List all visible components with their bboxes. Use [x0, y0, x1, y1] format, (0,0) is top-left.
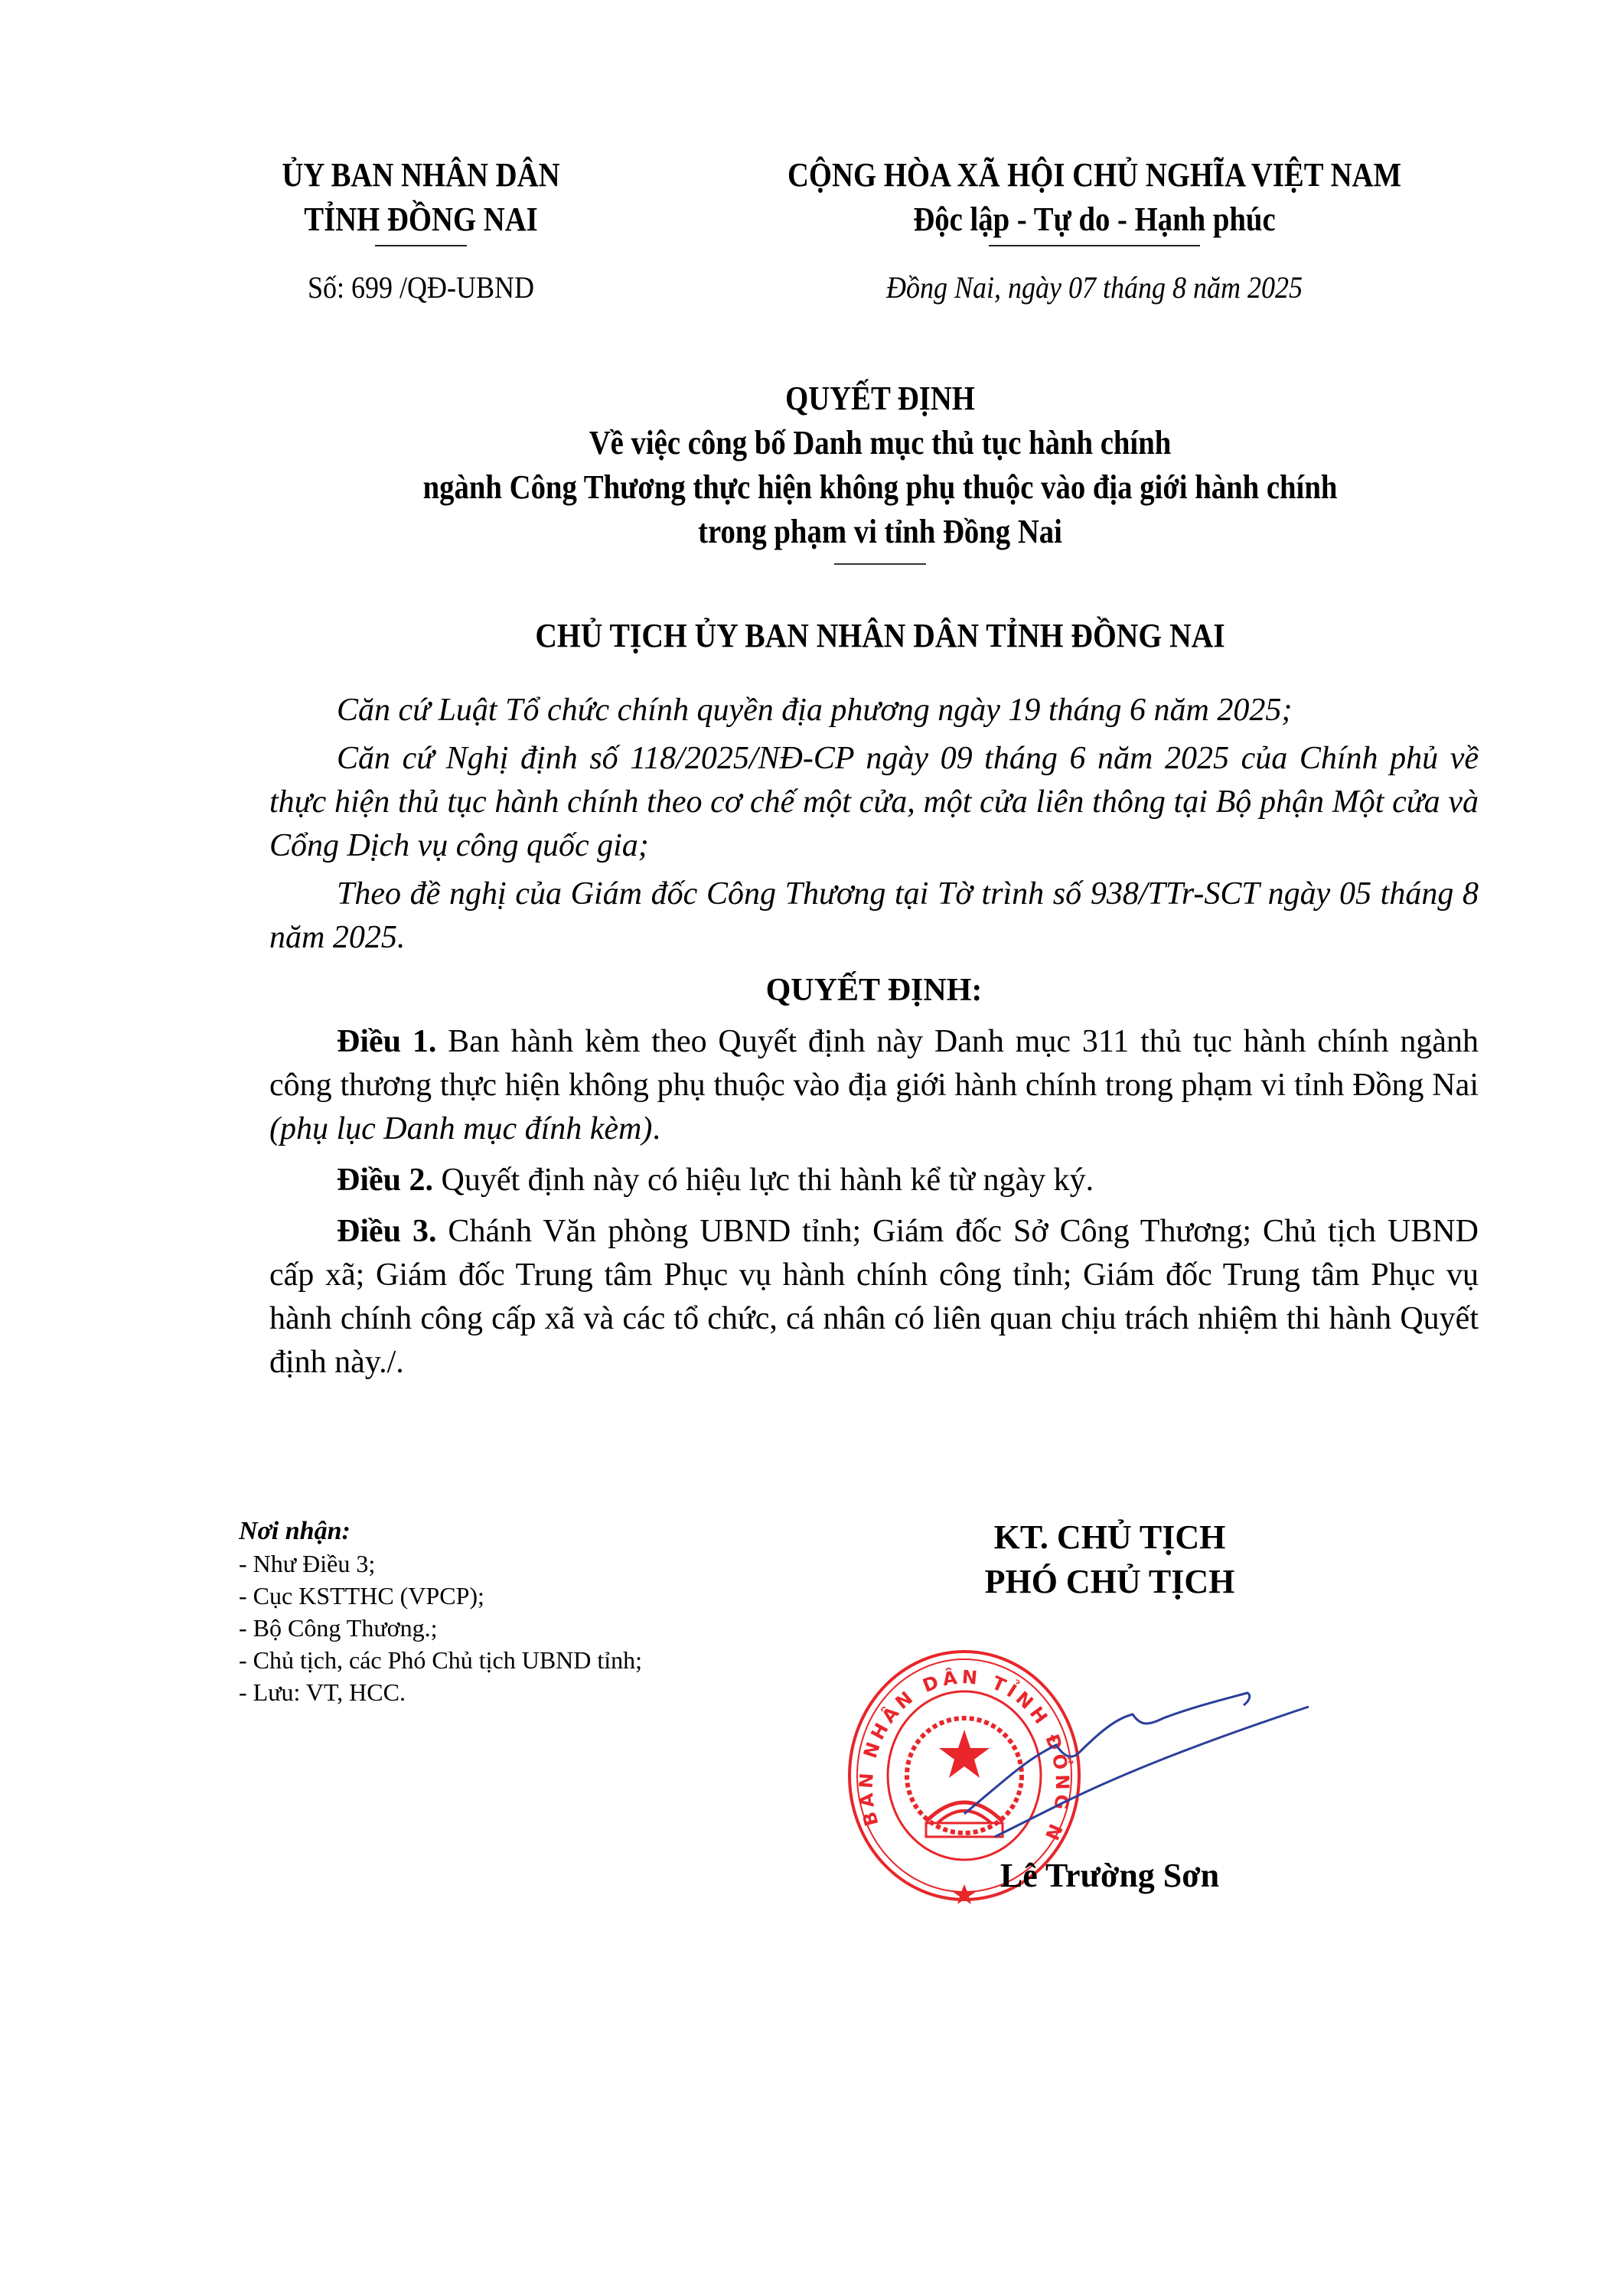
- recipient-item: - Lưu: VT, HCC.: [239, 1676, 820, 1708]
- issuer-line-1: ỦY BAN NHÂN DÂN: [253, 153, 589, 197]
- article-1-note: (phụ lục Danh mục đính kèm): [269, 1111, 652, 1146]
- article-1-end: .: [652, 1111, 660, 1146]
- national-motto: CỘNG HÒA XÃ HỘI CHỦ NGHĨA VIỆT NAM Độc l…: [689, 153, 1500, 246]
- article-3-label: Điều 3.: [337, 1214, 436, 1249]
- article-3: Điều 3. Chánh Văn phòng UBND tỉnh; Giám …: [269, 1210, 1479, 1384]
- signer-name: Lê Trường Sơn: [880, 1856, 1339, 1895]
- article-1-label: Điều 1.: [337, 1024, 436, 1059]
- issuer-line-2: TỈNH ĐỒNG NAI: [253, 197, 589, 242]
- doc-type: QUYẾT ĐỊNH: [308, 377, 1453, 421]
- legal-basis-2: Căn cứ Nghị định số 118/2025/NĐ-CP ngày …: [269, 737, 1479, 868]
- issuing-authority: ỦY BAN NHÂN DÂN TỈNH ĐỒNG NAI: [230, 153, 612, 246]
- recipients-list: Nơi nhận: - Như Điều 3; - Cục KSTTHC (VP…: [239, 1515, 820, 1708]
- article-1-text: Ban hành kèm theo Quyết định này Danh mụ…: [269, 1024, 1479, 1103]
- recipient-item: - Như Điều 3;: [239, 1548, 820, 1580]
- motto-underline: [989, 245, 1200, 246]
- subject-line-2: ngành Công Thương thực hiện không phụ th…: [308, 465, 1453, 510]
- subject-line-3: trong phạm vi tỉnh Đồng Nai: [308, 510, 1453, 554]
- article-3-text: Chánh Văn phòng UBND tỉnh; Giám đốc Sở C…: [269, 1214, 1479, 1380]
- article-1: Điều 1. Ban hành kèm theo Quyết định này…: [269, 1020, 1479, 1151]
- recipient-item: - Cục KSTTHC (VPCP);: [239, 1580, 820, 1612]
- recipients-label: Nơi nhận:: [239, 1515, 820, 1548]
- legal-basis-3: Theo đề nghị của Giám đốc Công Thương tạ…: [269, 872, 1479, 960]
- handwritten-signature-icon: [949, 1684, 1332, 1852]
- article-2-label: Điều 2.: [337, 1163, 433, 1198]
- place-and-date: Đồng Nai, ngày 07 tháng 8 năm 2025: [729, 269, 1459, 305]
- article-2-text: Quyết định này có hiệu lực thi hành kể t…: [433, 1163, 1094, 1198]
- motto: Độc lập - Tự do - Hạnh phúc: [738, 197, 1452, 242]
- subject-line-1: Về việc công bố Danh mục thủ tục hành ch…: [308, 421, 1453, 465]
- signatory-title: KT. CHỦ TỊCH PHÓ CHỦ TỊCH: [880, 1515, 1339, 1604]
- signatory-title-line-2: PHÓ CHỦ TỊCH: [880, 1560, 1339, 1604]
- document-body: Căn cứ Luật Tổ chức chính quyền địa phươ…: [269, 689, 1479, 1392]
- title-underline: [834, 563, 926, 565]
- recipient-item: - Bộ Công Thương.;: [239, 1612, 820, 1644]
- authority-heading: CHỦ TỊCH ỦY BAN NHÂN DÂN TỈNH ĐỒNG NAI: [295, 616, 1466, 655]
- recipient-item: - Chủ tịch, các Phó Chủ tịch UBND tỉnh;: [239, 1644, 820, 1676]
- decision-heading: QUYẾT ĐỊNH:: [269, 969, 1479, 1013]
- country-name: CỘNG HÒA XÃ HỘI CHỦ NGHĨA VIỆT NAM: [738, 153, 1452, 197]
- document-number: Số: 699 /QĐ-UBND: [249, 269, 593, 305]
- issuer-underline: [375, 245, 467, 246]
- document-title: QUYẾT ĐỊNH Về việc công bố Danh mục thủ …: [230, 377, 1531, 565]
- signatory-title-line-1: KT. CHỦ TỊCH: [880, 1515, 1339, 1560]
- legal-basis-1: Căn cứ Luật Tổ chức chính quyền địa phươ…: [269, 689, 1479, 732]
- article-2: Điều 2. Quyết định này có hiệu lực thi h…: [269, 1159, 1479, 1202]
